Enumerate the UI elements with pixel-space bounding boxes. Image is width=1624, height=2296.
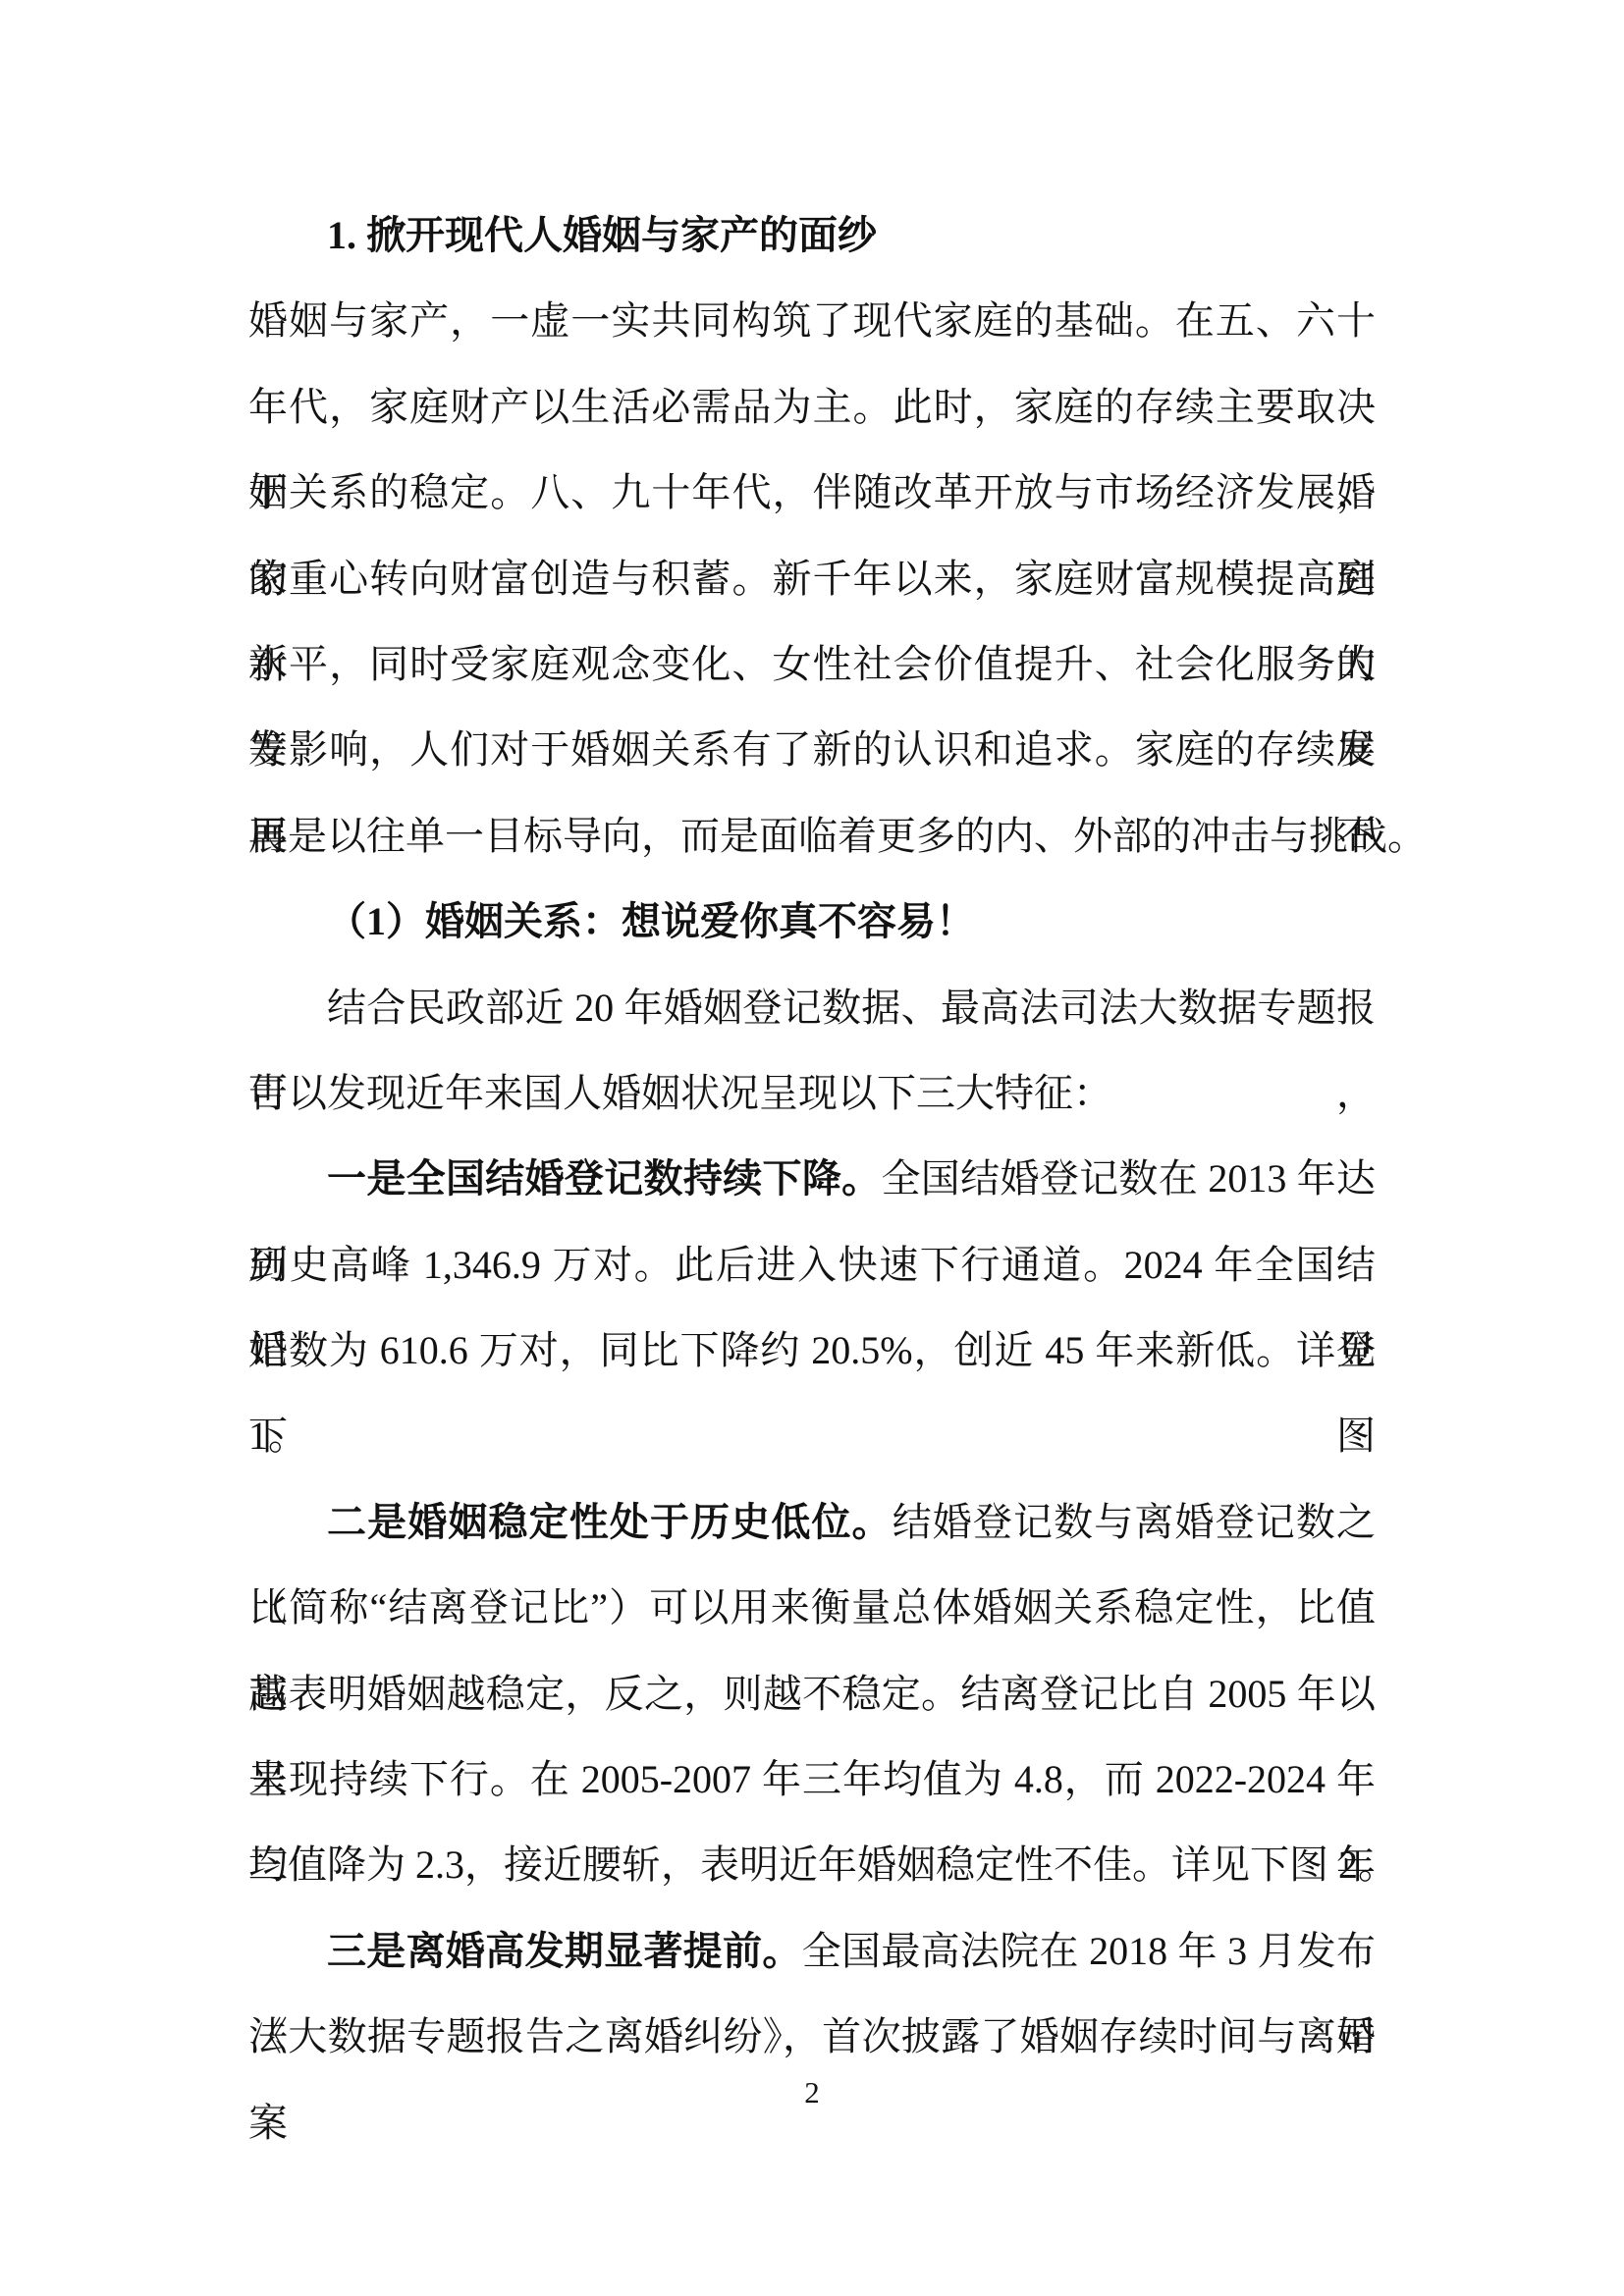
body-text: 婚姻与家产，一虚一实共同构筑了现代家庭的基础。在五、六十 [248, 298, 1376, 343]
text-line: 历史高峰 1,346.9 万对。此后进入快速下行通道。2024 年全国结婚登 [248, 1222, 1376, 1308]
page-number: 2 [0, 2069, 1624, 2116]
body-text: 记数为 610.6 万对，同比下降约 20.5%，创近 45 年来新低。详见下图 [248, 1328, 1376, 1458]
text-line: 等影响，人们对于婚姻关系有了新的认识和追求。家庭的存续发展不 [248, 707, 1376, 792]
text-line: 结合民政部近 20 年婚姻登记数据、最高法司法大数据专题报告， [248, 965, 1376, 1050]
text-line: 婚姻与家产，一虚一实共同构筑了现代家庭的基础。在五、六十 [248, 278, 1376, 363]
text-line: （简称“结离登记比”）可以用来衡量总体婚姻关系稳定性，比值越 [248, 1565, 1376, 1650]
text-line: 三是离婚高发期显著提前。全国最高法院在 2018 年 3 月发布《司 [248, 1908, 1376, 1994]
text-line: 的重心转向财富创造与积蓄。新千年以来，家庭财富规模提高到新的 [248, 536, 1376, 621]
text-line: 二是婚姻稳定性处于历史低位。结婚登记数与离婚登记数之比 [248, 1479, 1376, 1565]
chapter-heading: 1. 掀开现代人婚姻与家产的面纱 [248, 192, 1376, 278]
text-line: 呈现持续下行。在 2005-2007 年三年均值为 4.8，而 2022-202… [248, 1736, 1376, 1822]
body-text: 1。 [248, 1414, 307, 1458]
text-line: 水平，同时受家庭观念变化、女性社会价值提升、社会化服务大发展 [248, 621, 1376, 707]
body-text: 可以发现近年来国人婚姻状况呈现以下三大特征： [248, 1071, 1112, 1115]
emphasis-text: 二是婚姻稳定性处于历史低位。 [327, 1500, 893, 1544]
text-line: 年代，家庭财产以生活必需品为主。此时，家庭的存续主要取决于婚 [248, 364, 1376, 450]
text-line: 再是以往单一目标导向，而是面临着更多的内、外部的冲击与挑战。 [248, 793, 1376, 879]
document-page: 1. 掀开现代人婚姻与家产的面纱 婚姻与家产，一虚一实共同构筑了现代家庭的基础。… [0, 0, 1624, 2296]
body-text: 均值降为 2.3，接近腰斩，表明近年婚姻稳定性不佳。详见下图 2。 [248, 1842, 1397, 1887]
text-line: 高表明婚姻越稳定，反之，则越不稳定。结离登记比自 2005 年以来 [248, 1651, 1376, 1736]
text-line: 记数为 610.6 万对，同比下降约 20.5%，创近 45 年来新低。详见下图 [248, 1308, 1376, 1393]
emphasis-text: 一是全国结婚登记数持续下降。 [327, 1156, 881, 1201]
text-line: 姻关系的稳定。八、九十年代，伴随改革开放与市场经济发展，家庭 [248, 450, 1376, 535]
chapter-heading-text: 1. 掀开现代人婚姻与家产的面纱 [327, 213, 877, 257]
page-content: 1. 掀开现代人婚姻与家产的面纱 婚姻与家产，一虚一实共同构筑了现代家庭的基础。… [248, 192, 1376, 2080]
subsection-heading-text: （1）婚姻关系：想说爱你真不容易！ [327, 899, 975, 943]
body-text: 再是以往单一目标导向，而是面临着更多的内、外部的冲击与挑战。 [248, 814, 1427, 858]
subsection-heading: （1）婚姻关系：想说爱你真不容易！ [248, 879, 1376, 964]
text-line: 均值降为 2.3，接近腰斩，表明近年婚姻稳定性不佳。详见下图 2。 [248, 1822, 1376, 1907]
emphasis-text: 三是离婚高发期显著提前。 [327, 1929, 802, 1973]
text-line: 法大数据专题报告之离婚纠纷》，首次披露了婚姻存续时间与离婚案 [248, 1994, 1376, 2079]
text-line: 一是全国结婚登记数持续下降。全国结婚登记数在 2013 年达到 [248, 1136, 1376, 1221]
